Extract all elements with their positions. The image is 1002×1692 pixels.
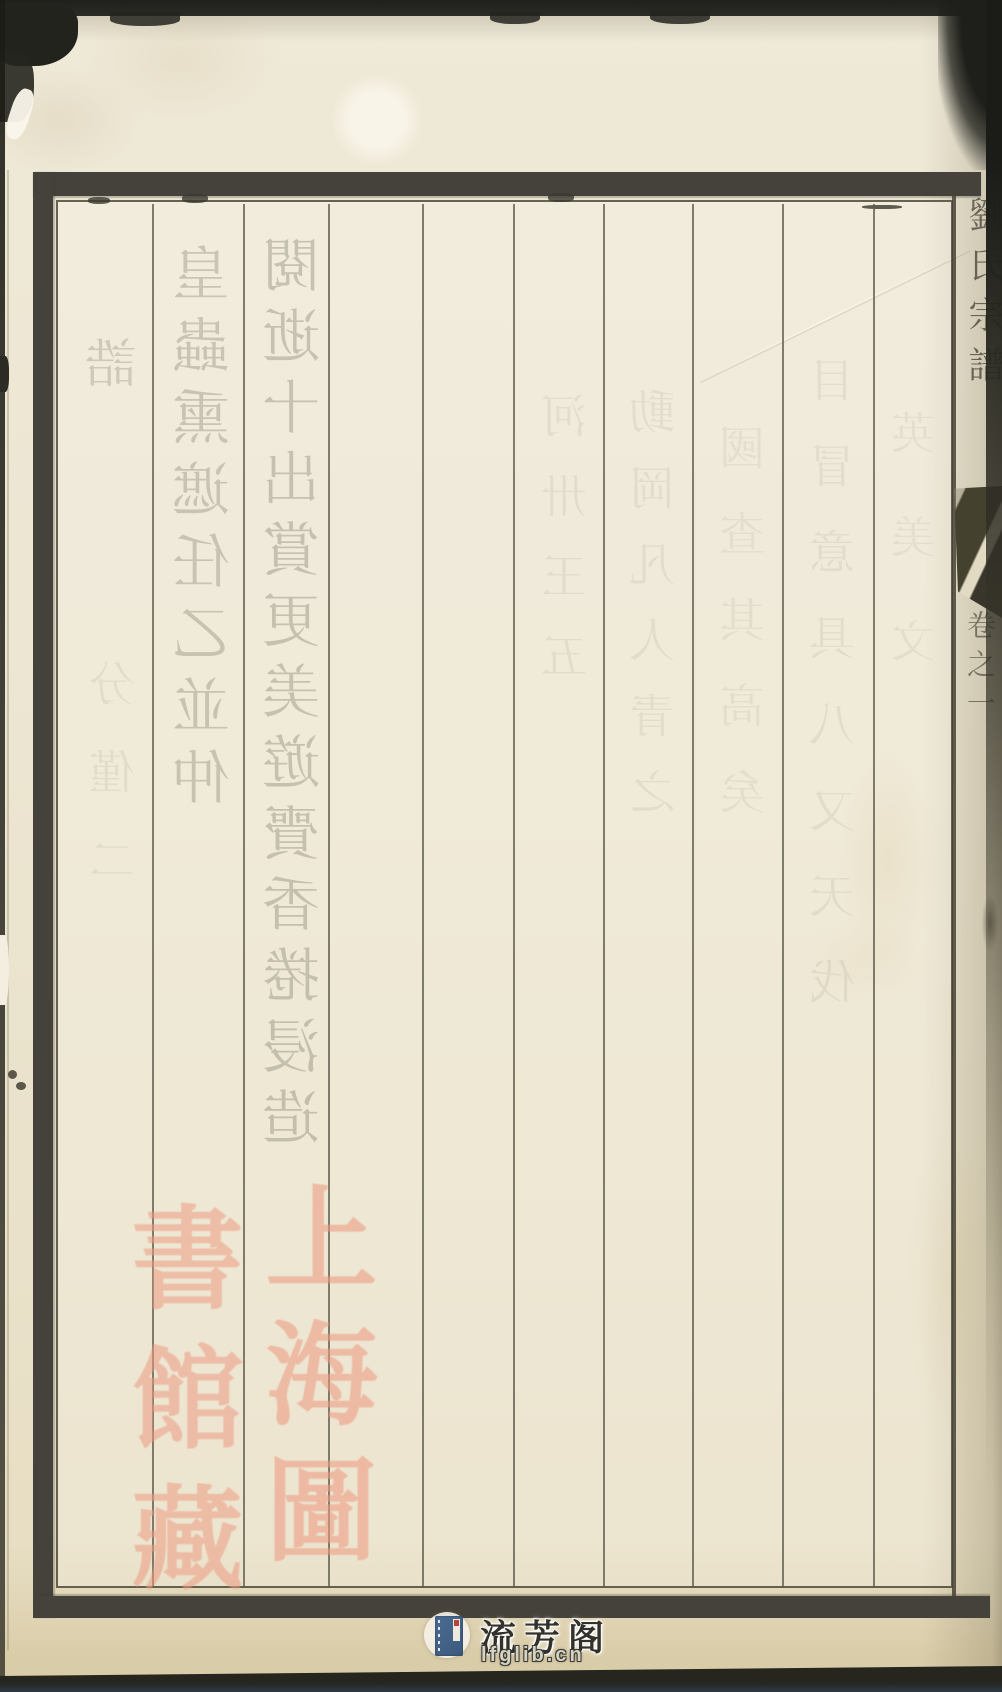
frame-border-left [33,172,53,1618]
red-seal-left-column: 書館藏 [98,1200,259,1620]
book-seal-mark [454,1620,459,1626]
edge-stain [490,12,540,24]
column-line [603,204,605,1588]
book-stitching [438,1620,440,1652]
ink-spot [8,1070,17,1079]
scanned-book-page: 誥 分僅二 皇蟲熏遮任乙並仲 閱逝十出賞更美遊賷香捲浸造 河卅王五 動岡凡人青之… [0,0,1002,1692]
ink-spot [16,1082,26,1090]
book-icon [435,1616,463,1656]
ink-blot [862,205,902,209]
column-line [782,204,784,1588]
ink-blot [88,197,110,204]
column-line [692,204,694,1588]
scan-edge-right [986,0,1002,1692]
edge-stain [110,12,180,26]
ink-blot [548,193,574,202]
column-line [513,204,515,1588]
scan-edge-left [0,0,5,1692]
column-line [422,204,424,1588]
edge-stain [0,356,9,392]
column-line [873,204,875,1588]
watermark-site-url: lfglib.cn [481,1644,585,1667]
edge-stain [650,10,710,24]
page-edge-shadow [7,170,9,1650]
ink-blot [182,194,208,203]
frame-border-top [33,172,981,196]
paper-notch [0,935,9,1005]
